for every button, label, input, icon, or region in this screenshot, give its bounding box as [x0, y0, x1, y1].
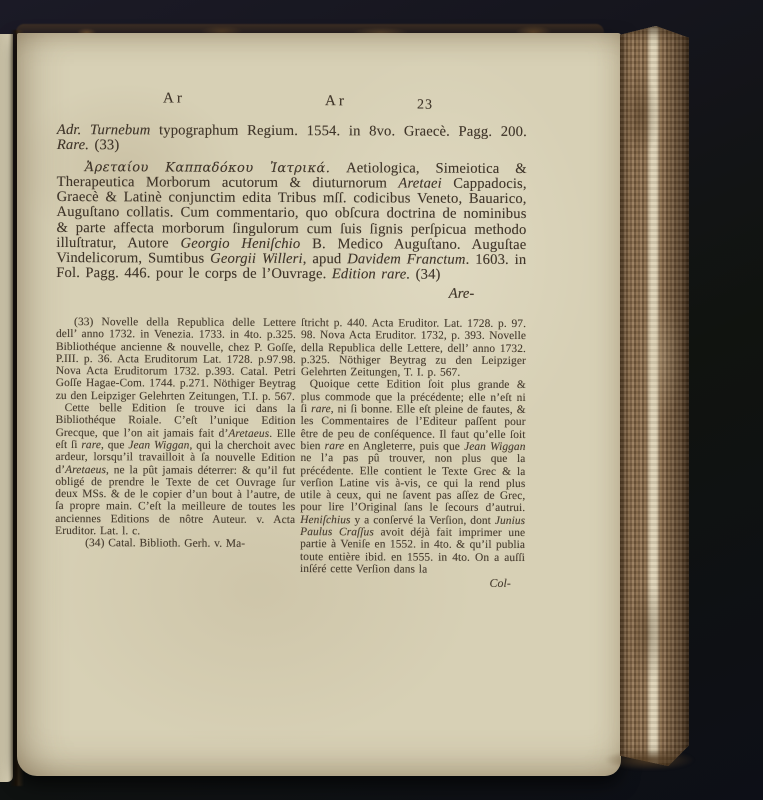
entry-turnebus: Adr. Turnebum typographum Regium. 1554. …	[57, 123, 527, 155]
footnote-34-start: (34) Catal. Biblioth. Gerh. v. Ma-	[55, 537, 295, 550]
running-title-left: Ar	[163, 90, 185, 107]
page-number: 23	[417, 98, 433, 114]
running-head: Ar Ar 23	[57, 90, 527, 114]
footnote-column-left: (33) Novelle della Republica delle Lette…	[55, 316, 296, 589]
footnote-33: (33) Novelle della Republica delle Lette…	[56, 316, 296, 403]
book-fore-edge	[620, 26, 689, 766]
running-title-center: Ar	[325, 93, 347, 110]
footnote-34-continuation: ſtricht p. 440. Acta Eruditor. Lat. 1728…	[301, 317, 526, 379]
footnote-34-commentary: Quoique cette Edition ſoit plus grande &…	[300, 378, 526, 576]
footnote-column-right: ſtricht p. 440. Acta Eruditor. Lat. 1728…	[300, 317, 526, 590]
entry-aretaeus: Ἀρεταίου Καππαδόκου Ἰατρικά. Aetiologica…	[56, 160, 527, 283]
page-content: Ar Ar 23 Adr. Turnebum typographum Regiu…	[55, 90, 527, 590]
book-photo-backdrop: Ar Ar 23 Adr. Turnebum typographum Regiu…	[0, 0, 763, 800]
catchword-col: Col-	[300, 576, 525, 589]
footnote-33-commentary: Cette belle Edition ſe trouve ici dans l…	[55, 402, 296, 538]
catchword-are: Are-	[56, 284, 526, 303]
footnotes-section: (33) Novelle della Republica delle Lette…	[55, 316, 526, 590]
bottom-corner-shadow	[600, 748, 710, 778]
book-page: Ar Ar 23 Adr. Turnebum typographum Regiu…	[17, 33, 621, 776]
